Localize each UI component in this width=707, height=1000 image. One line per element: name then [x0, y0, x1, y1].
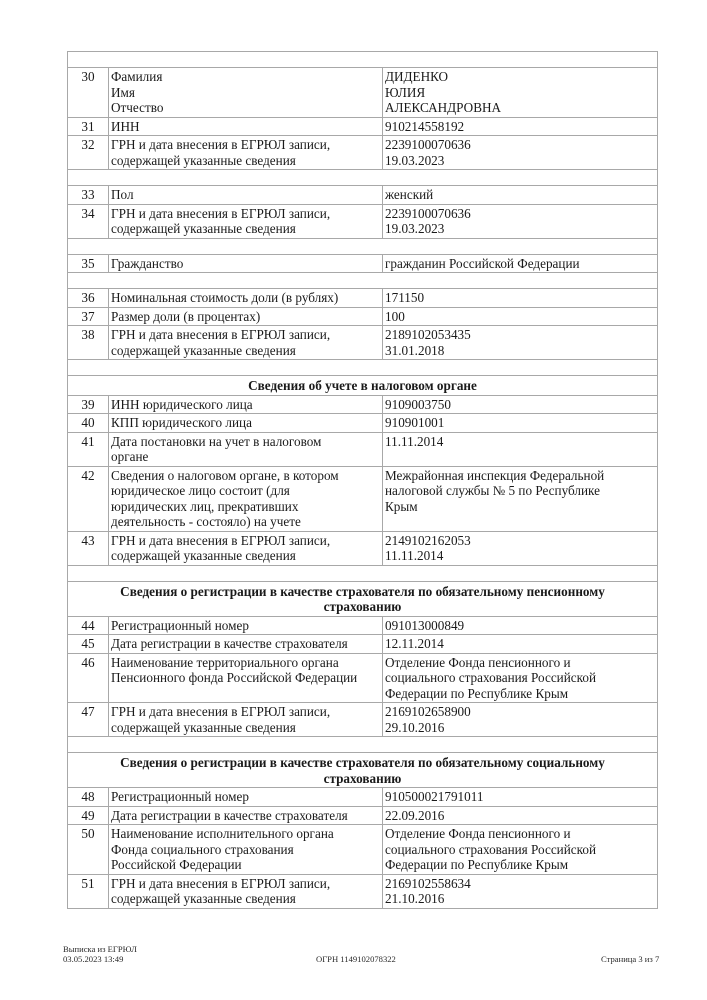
- field-value-line: 12.11.2014: [385, 636, 654, 652]
- field-label: ГРН и дата внесения в ЕГРЮЛ записи,содер…: [109, 531, 383, 565]
- row-number: 46: [68, 653, 109, 703]
- spacer-cell: [68, 273, 658, 289]
- field-value-line: 11.11.2014: [385, 434, 654, 450]
- row-number: 37: [68, 307, 109, 326]
- field-label: ГРН и дата внесения в ЕГРЮЛ записи,содер…: [109, 703, 383, 737]
- field-label-line: Гражданство: [111, 256, 379, 272]
- field-label-line: Наименование исполнительного органа: [111, 826, 379, 842]
- field-label-line: содержащей указанные сведения: [111, 221, 379, 237]
- field-label-line: юридическое лицо состоит (для: [111, 483, 379, 499]
- row-number: 43: [68, 531, 109, 565]
- row-number: 30: [68, 68, 109, 118]
- spacer-row: [68, 565, 658, 581]
- table-row: 32ГРН и дата внесения в ЕГРЮЛ записи,сод…: [68, 136, 658, 170]
- table-body: 30ФамилияИмяОтчествоДИДЕНКОЮЛИЯАЛЕКСАНДР…: [68, 52, 658, 909]
- field-value-line: Межрайонная инспекция Федеральной: [385, 468, 654, 484]
- field-value-line: Отделение Фонда пенсионного и: [385, 655, 654, 671]
- field-label-line: ГРН и дата внесения в ЕГРЮЛ записи,: [111, 876, 379, 892]
- row-number: 35: [68, 254, 109, 273]
- footer-timestamp: 03.05.2023 13:49: [63, 954, 137, 964]
- field-label-line: Отчество: [111, 100, 379, 116]
- spacer-cell: [68, 170, 658, 186]
- field-label: ФамилияИмяОтчество: [109, 68, 383, 118]
- field-value-line: социального страхования Российской: [385, 842, 654, 858]
- field-label-line: содержащей указанные сведения: [111, 720, 379, 736]
- spacer-cell: [68, 360, 658, 376]
- row-number: 45: [68, 635, 109, 654]
- field-label-line: Регистрационный номер: [111, 618, 379, 634]
- table-row: 45Дата регистрации в качестве страховате…: [68, 635, 658, 654]
- field-value: 910214558192: [383, 117, 658, 136]
- field-label-line: содержащей указанные сведения: [111, 153, 379, 169]
- field-label: Дата регистрации в качестве страхователя: [109, 806, 383, 825]
- table-row: 46Наименование территориального органаПе…: [68, 653, 658, 703]
- field-label: Дата регистрации в качестве страхователя: [109, 635, 383, 654]
- field-label: Наименование исполнительного органаФонда…: [109, 825, 383, 875]
- field-value: 216910265890029.10.2016: [383, 703, 658, 737]
- field-label: Пол: [109, 186, 383, 205]
- field-value-line: женский: [385, 187, 654, 203]
- spacer-row: [68, 737, 658, 753]
- field-label-line: Российской Федерации: [111, 857, 379, 873]
- section-title: Сведения о регистрации в качестве страхо…: [68, 753, 658, 788]
- row-number: 48: [68, 788, 109, 807]
- field-label-line: юридических лиц, прекративших: [111, 499, 379, 515]
- field-value: Межрайонная инспекция Федеральнойналогов…: [383, 466, 658, 531]
- table-row: 30ФамилияИмяОтчествоДИДЕНКОЮЛИЯАЛЕКСАНДР…: [68, 68, 658, 118]
- footer-ogrn: ОГРН 1149102078322: [316, 954, 396, 964]
- field-value-line: 100: [385, 309, 654, 325]
- field-label-line: Дата постановки на учет в налоговом: [111, 434, 379, 450]
- section-title: Сведения о регистрации в качестве страхо…: [68, 581, 658, 616]
- section-title: Сведения об учете в налоговом органе: [68, 376, 658, 396]
- field-value: 223910007063619.03.2023: [383, 136, 658, 170]
- field-value-line: 22.09.2016: [385, 808, 654, 824]
- spacer-cell: [68, 238, 658, 254]
- field-label: ГРН и дата внесения в ЕГРЮЛ записи,содер…: [109, 326, 383, 360]
- table-row: 33Полженский: [68, 186, 658, 205]
- table-row: 31ИНН910214558192: [68, 117, 658, 136]
- field-value: 12.11.2014: [383, 635, 658, 654]
- table-row: 36Номинальная стоимость доли (в рублях)1…: [68, 289, 658, 308]
- field-label-line: Пол: [111, 187, 379, 203]
- field-label-line: Сведения о налоговом органе, в котором: [111, 468, 379, 484]
- field-value-line: ДИДЕНКО: [385, 69, 654, 85]
- field-label-line: Размер доли (в процентах): [111, 309, 379, 325]
- field-value-line: Отделение Фонда пенсионного и: [385, 826, 654, 842]
- row-number: 51: [68, 874, 109, 908]
- field-label: Дата постановки на учет в налоговоморган…: [109, 432, 383, 466]
- field-label: ГРН и дата внесения в ЕГРЮЛ записи,содер…: [109, 136, 383, 170]
- field-value: 214910216205311.11.2014: [383, 531, 658, 565]
- field-value: 910901001: [383, 414, 658, 433]
- field-value-line: 091013000849: [385, 618, 654, 634]
- field-label: Регистрационный номер: [109, 788, 383, 807]
- table-row: 41Дата постановки на учет в налоговоморг…: [68, 432, 658, 466]
- spacer-cell: [68, 737, 658, 753]
- field-label-line: Пенсионного фонда Российской Федерации: [111, 670, 379, 686]
- field-label-line: Фамилия: [111, 69, 379, 85]
- field-value-line: Федерации по Республике Крым: [385, 857, 654, 873]
- field-label: ГРН и дата внесения в ЕГРЮЛ записи,содер…: [109, 204, 383, 238]
- field-value-line: социального страхования Российской: [385, 670, 654, 686]
- field-value: 216910255863421.10.2016: [383, 874, 658, 908]
- field-label: Регистрационный номер: [109, 616, 383, 635]
- field-value: ДИДЕНКОЮЛИЯАЛЕКСАНДРОВНА: [383, 68, 658, 118]
- field-label-line: Дата регистрации в качестве страхователя: [111, 636, 379, 652]
- row-number: 33: [68, 186, 109, 205]
- row-number: 39: [68, 395, 109, 414]
- row-number: 41: [68, 432, 109, 466]
- spacer-row: [68, 273, 658, 289]
- field-value-line: ЮЛИЯ: [385, 85, 654, 101]
- field-label: ГРН и дата внесения в ЕГРЮЛ записи,содер…: [109, 874, 383, 908]
- field-value: 091013000849: [383, 616, 658, 635]
- field-label: Сведения о налоговом органе, в которомюр…: [109, 466, 383, 531]
- field-value-line: 910901001: [385, 415, 654, 431]
- footer-page-number: Страница 3 из 7: [601, 954, 659, 964]
- field-value-line: 910214558192: [385, 119, 654, 135]
- table-row: 44Регистрационный номер091013000849: [68, 616, 658, 635]
- field-value: женский: [383, 186, 658, 205]
- field-value: 100: [383, 307, 658, 326]
- row-number: 47: [68, 703, 109, 737]
- field-label: Номинальная стоимость доли (в рублях): [109, 289, 383, 308]
- field-value: 171150: [383, 289, 658, 308]
- field-label-line: Фонда социального страхования: [111, 842, 379, 858]
- table-row: 39ИНН юридического лица9109003750: [68, 395, 658, 414]
- row-number: 36: [68, 289, 109, 308]
- field-label-line: ГРН и дата внесения в ЕГРЮЛ записи,: [111, 137, 379, 153]
- field-value-line: гражданин Российской Федерации: [385, 256, 654, 272]
- spacer-row: [68, 238, 658, 254]
- row-number: 49: [68, 806, 109, 825]
- field-label-line: ГРН и дата внесения в ЕГРЮЛ записи,: [111, 533, 379, 549]
- field-value-line: налоговой службы № 5 по Республике: [385, 483, 654, 499]
- field-value: 9109003750: [383, 395, 658, 414]
- field-value-line: 29.10.2016: [385, 720, 654, 736]
- field-label-line: ИНН юридического лица: [111, 397, 379, 413]
- field-value: 218910205343531.01.2018: [383, 326, 658, 360]
- row-number: 32: [68, 136, 109, 170]
- field-label-line: содержащей указанные сведения: [111, 343, 379, 359]
- field-value: Отделение Фонда пенсионного исоциального…: [383, 825, 658, 875]
- field-value: гражданин Российской Федерации: [383, 254, 658, 273]
- field-value-line: 21.10.2016: [385, 891, 654, 907]
- table-row: 37Размер доли (в процентах)100: [68, 307, 658, 326]
- section-header-row: Сведения о регистрации в качестве страхо…: [68, 581, 658, 616]
- field-label-line: КПП юридического лица: [111, 415, 379, 431]
- section-header-row: Сведения о регистрации в качестве страхо…: [68, 753, 658, 788]
- row-number: 40: [68, 414, 109, 433]
- spacer-row: [68, 170, 658, 186]
- field-label-line: органе: [111, 449, 379, 465]
- field-label-line: Наименование территориального органа: [111, 655, 379, 671]
- field-value-line: АЛЕКСАНДРОВНА: [385, 100, 654, 116]
- field-label-line: Имя: [111, 85, 379, 101]
- field-label: Размер доли (в процентах): [109, 307, 383, 326]
- field-label: Гражданство: [109, 254, 383, 273]
- table-row: 40КПП юридического лица910901001: [68, 414, 658, 433]
- field-label-line: ИНН: [111, 119, 379, 135]
- spacer-row: [68, 52, 658, 68]
- row-number: 50: [68, 825, 109, 875]
- row-number: 31: [68, 117, 109, 136]
- field-value-line: 2169102558634: [385, 876, 654, 892]
- field-value-line: 2149102162053: [385, 533, 654, 549]
- field-label: ИНН юридического лица: [109, 395, 383, 414]
- field-value-line: 19.03.2023: [385, 221, 654, 237]
- field-value-line: 11.11.2014: [385, 548, 654, 564]
- field-value-line: 910500021791011: [385, 789, 654, 805]
- table-row: 47ГРН и дата внесения в ЕГРЮЛ записи,сод…: [68, 703, 658, 737]
- field-value-line: 19.03.2023: [385, 153, 654, 169]
- field-value: 22.09.2016: [383, 806, 658, 825]
- field-label-line: ГРН и дата внесения в ЕГРЮЛ записи,: [111, 206, 379, 222]
- field-value-line: 2239100070636: [385, 206, 654, 222]
- field-label: ИНН: [109, 117, 383, 136]
- field-value-line: 2239100070636: [385, 137, 654, 153]
- field-label-line: Номинальная стоимость доли (в рублях): [111, 290, 379, 306]
- spacer-cell: [68, 565, 658, 581]
- spacer-cell: [68, 52, 658, 68]
- table-row: 34ГРН и дата внесения в ЕГРЮЛ записи,сод…: [68, 204, 658, 238]
- field-value-line: Федерации по Республике Крым: [385, 686, 654, 702]
- footer-doc-title: Выписка из ЕГРЮЛ: [63, 944, 137, 954]
- spacer-row: [68, 360, 658, 376]
- field-value-line: 2189102053435: [385, 327, 654, 343]
- table-row: 49Дата регистрации в качестве страховате…: [68, 806, 658, 825]
- field-label-line: деятельность - состояло) на учете: [111, 514, 379, 530]
- field-value: Отделение Фонда пенсионного исоциального…: [383, 653, 658, 703]
- field-value: 11.11.2014: [383, 432, 658, 466]
- field-value: 910500021791011: [383, 788, 658, 807]
- field-value-line: 31.01.2018: [385, 343, 654, 359]
- row-number: 38: [68, 326, 109, 360]
- field-label: Наименование территориального органаПенс…: [109, 653, 383, 703]
- field-value: 223910007063619.03.2023: [383, 204, 658, 238]
- field-value-line: 171150: [385, 290, 654, 306]
- field-label-line: ГРН и дата внесения в ЕГРЮЛ записи,: [111, 327, 379, 343]
- footer-extract-info: Выписка из ЕГРЮЛ 03.05.2023 13:49: [63, 944, 137, 964]
- row-number: 34: [68, 204, 109, 238]
- field-label-line: Дата регистрации в качестве страхователя: [111, 808, 379, 824]
- field-label-line: ГРН и дата внесения в ЕГРЮЛ записи,: [111, 704, 379, 720]
- field-label-line: Регистрационный номер: [111, 789, 379, 805]
- field-value-line: Крым: [385, 499, 654, 515]
- table-row: 35Гражданствогражданин Российской Федера…: [68, 254, 658, 273]
- table-row: 38ГРН и дата внесения в ЕГРЮЛ записи,сод…: [68, 326, 658, 360]
- table-row: 43ГРН и дата внесения в ЕГРЮЛ записи,сод…: [68, 531, 658, 565]
- table-row: 51ГРН и дата внесения в ЕГРЮЛ записи,сод…: [68, 874, 658, 908]
- table-row: 42Сведения о налоговом органе, в котором…: [68, 466, 658, 531]
- field-label-line: содержащей указанные сведения: [111, 891, 379, 907]
- table-row: 50Наименование исполнительного органаФон…: [68, 825, 658, 875]
- row-number: 44: [68, 616, 109, 635]
- field-value-line: 9109003750: [385, 397, 654, 413]
- field-value-line: 2169102658900: [385, 704, 654, 720]
- table-row: 48Регистрационный номер910500021791011: [68, 788, 658, 807]
- row-number: 42: [68, 466, 109, 531]
- section-header-row: Сведения об учете в налоговом органе: [68, 376, 658, 396]
- field-label-line: содержащей указанные сведения: [111, 548, 379, 564]
- field-label: КПП юридического лица: [109, 414, 383, 433]
- egrul-extract-table: 30ФамилияИмяОтчествоДИДЕНКОЮЛИЯАЛЕКСАНДР…: [67, 51, 658, 909]
